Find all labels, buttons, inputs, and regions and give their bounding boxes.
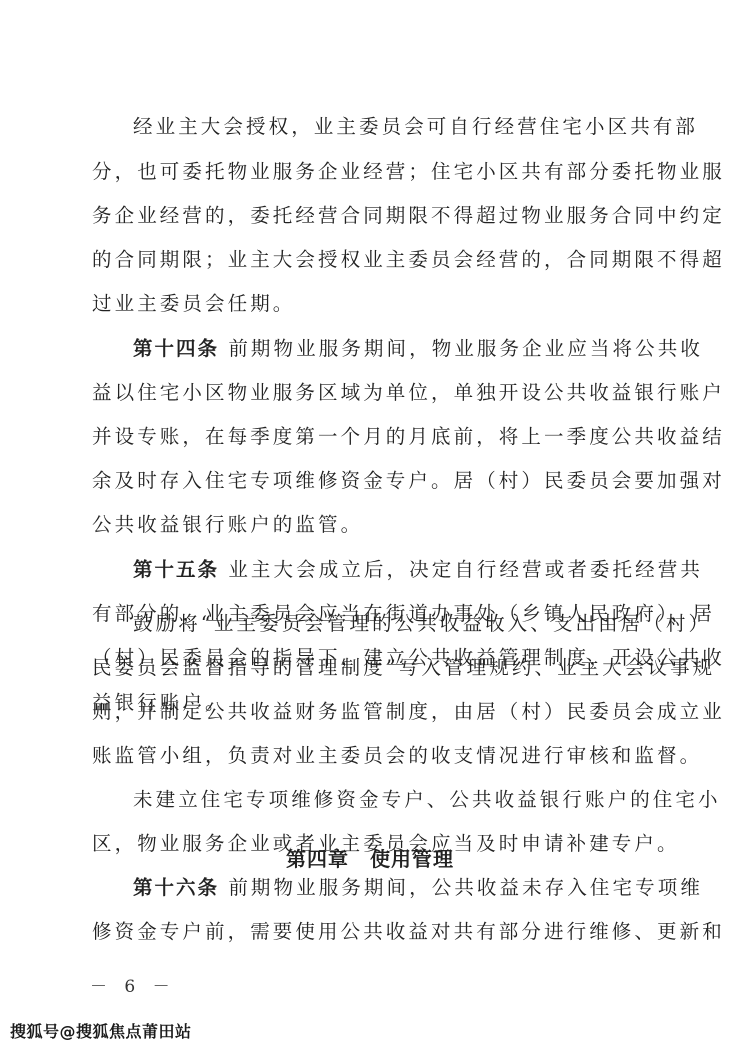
article-number: 第十六条	[133, 876, 219, 899]
text-line: 则，并制定公共收益财务监管制度，由居（村）民委员会成立业	[92, 697, 652, 727]
text-line: 未建立住宅专项维修资金专户、公共收益银行账户的住宅小	[133, 785, 652, 815]
text-line: 务企业经营的，委托经营合同期限不得超过物业服务合同中约定	[92, 201, 652, 231]
text-line: 余及时存入住宅专项维修资金专户。居（村）民委员会要加强对	[92, 466, 652, 496]
article-16-first-line: 第十六条 前期物业服务期间，公共收益未存入住宅专项维	[133, 873, 652, 903]
page-number: － 6 －	[90, 972, 176, 997]
text-line: 鼓励将“业主委员会管理的公共收益收入、支出由居（村）	[133, 609, 652, 639]
text-line: 的合同期限；业主大会授权业主委员会经营的，合同期限不得超	[92, 245, 652, 275]
text-line: 公共收益银行账户的监管。	[92, 510, 652, 540]
article-14-first-line: 第十四条 前期物业服务期间，物业服务企业应当将公共收	[133, 334, 652, 364]
chapter-heading: 第四章 使用管理	[0, 843, 740, 872]
text-span: 前期物业服务期间，公共收益未存入住宅专项维	[228, 876, 703, 899]
text-line: 益以住宅小区物业服务区域为单位，单独开设公共收益银行账户	[92, 378, 652, 408]
document-page: 经业主大会授权，业主委员会可自行经营住宅小区共有部 分，也可委托物业服务企业经营…	[0, 0, 740, 1046]
text-line: 账监管小组，负责对业主委员会的收支情况进行审核和监督。	[92, 741, 652, 771]
text-line: 并设专账，在每季度第一个月的月底前，将上一季度公共收益结	[92, 422, 652, 452]
article-15-first-line: 第十五条 业主大会成立后，决定自行经营或者委托经营共	[133, 555, 652, 585]
text-span: 前期物业服务期间，物业服务企业应当将公共收	[228, 337, 703, 360]
text-line: 分，也可委托物业服务企业经营；住宅小区共有部分委托物业服	[92, 157, 652, 187]
article-number: 第十四条	[133, 337, 219, 360]
watermark: 搜狐号@搜狐焦点莆田站	[10, 1019, 192, 1042]
text-line: 过业主委员会任期。	[92, 289, 652, 319]
text-line: 民委员会监督指导的管理制度”写入管理规约、业主大会议事规	[92, 653, 652, 683]
text-line: 修资金专户前，需要使用公共收益对共有部分进行维修、更新和	[92, 917, 652, 947]
text-line: 经业主大会授权，业主委员会可自行经营住宅小区共有部	[133, 112, 652, 142]
text-span: 业主大会成立后，决定自行经营或者委托经营共	[228, 558, 703, 581]
article-number: 第十五条	[133, 558, 219, 581]
